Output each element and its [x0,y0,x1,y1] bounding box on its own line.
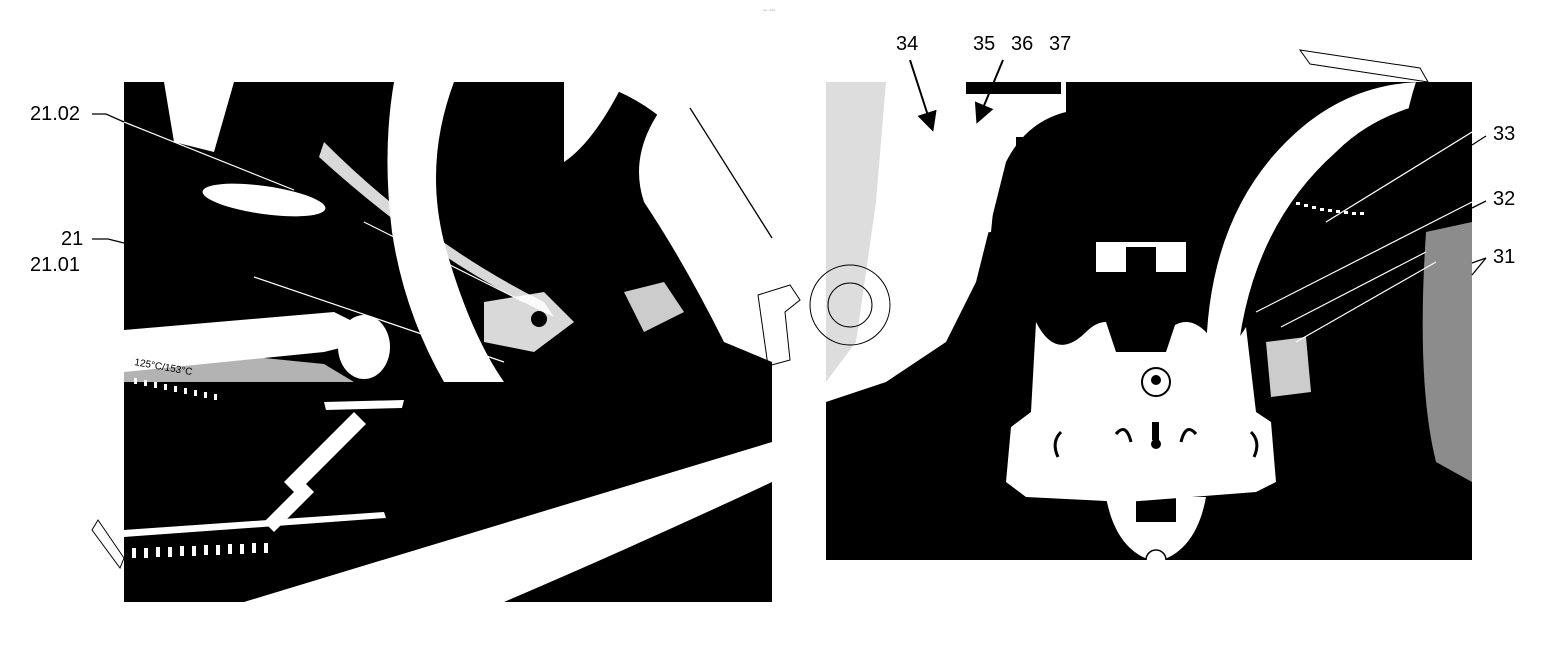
label-36: 36 [1011,34,1033,54]
right-photo-illustration [826,82,1472,582]
label-32: 32 [1493,189,1515,209]
label-21-01: 21.01 [30,255,80,275]
patent-figure: 125°C/153°C [0,0,1551,648]
label-21: 21 [61,229,83,249]
faint-header-mark: ▪▪ ▪▪▪ [763,8,775,14]
leader-21 [92,239,124,243]
leader-21-02 [92,114,124,122]
label-34: 34 [896,34,918,54]
label-21-02: 21.02 [30,104,80,124]
label-33: 33 [1493,124,1515,144]
label-35: 35 [973,34,995,54]
left-photo-panel: 125°C/153°C [124,82,772,602]
right-photo-panel [826,82,1472,582]
left-photo-illustration: 125°C/153°C [124,82,772,602]
label-37: 37 [1049,34,1071,54]
label-31: 31 [1493,247,1515,267]
